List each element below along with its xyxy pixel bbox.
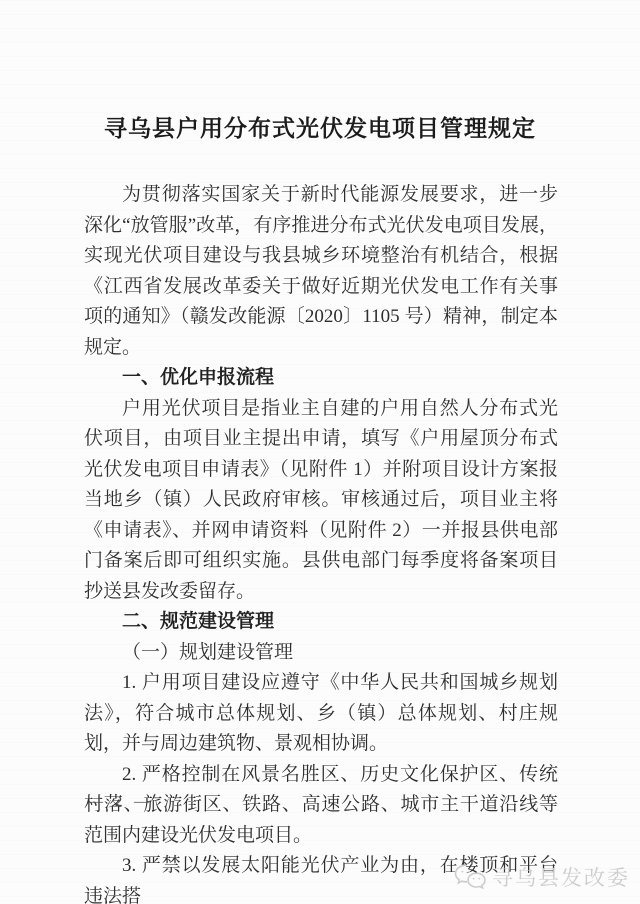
paragraph: 户用光伏项目是指业主自建的户用自然人分布式光伏项目，由项目业主提出申请，填写《户… xyxy=(84,394,558,608)
watermark-text: 寻乌县发改委 xyxy=(492,862,630,892)
section-heading: 一、优化申报流程 xyxy=(84,363,558,394)
wechat-icon xyxy=(454,864,486,890)
paragraph: 为贯彻落实国家关于新时代能源发展要求，进一步深化“放管服”改革，有序推进分布式光… xyxy=(84,180,558,363)
paragraph: 1. 户用项目建设应遵守《中华人民共和国城乡规划法》，符合城市总体规划、乡（镇）… xyxy=(84,668,558,760)
section-heading: 二、规范建设管理 xyxy=(84,607,558,638)
wechat-watermark: 寻乌县发改委 xyxy=(454,862,630,892)
scanned-document-page: 寻乌县户用分布式光伏发电项目管理规定 为贯彻落实国家关于新时代能源发展要求，进一… xyxy=(0,0,640,904)
page-number: — 2 — xyxy=(88,794,153,811)
document-body: 为贯彻落实国家关于新时代能源发展要求，进一步深化“放管服”改革，有序推进分布式光… xyxy=(84,180,558,904)
section-heading: （一）规划建设管理 xyxy=(84,638,558,669)
document-title: 寻乌县户用分布式光伏发电项目管理规定 xyxy=(60,110,580,143)
paragraph: 2. 严格控制在风景名胜区、历史文化保护区、传统村落、旅游街区、铁路、高速公路、… xyxy=(84,760,558,852)
